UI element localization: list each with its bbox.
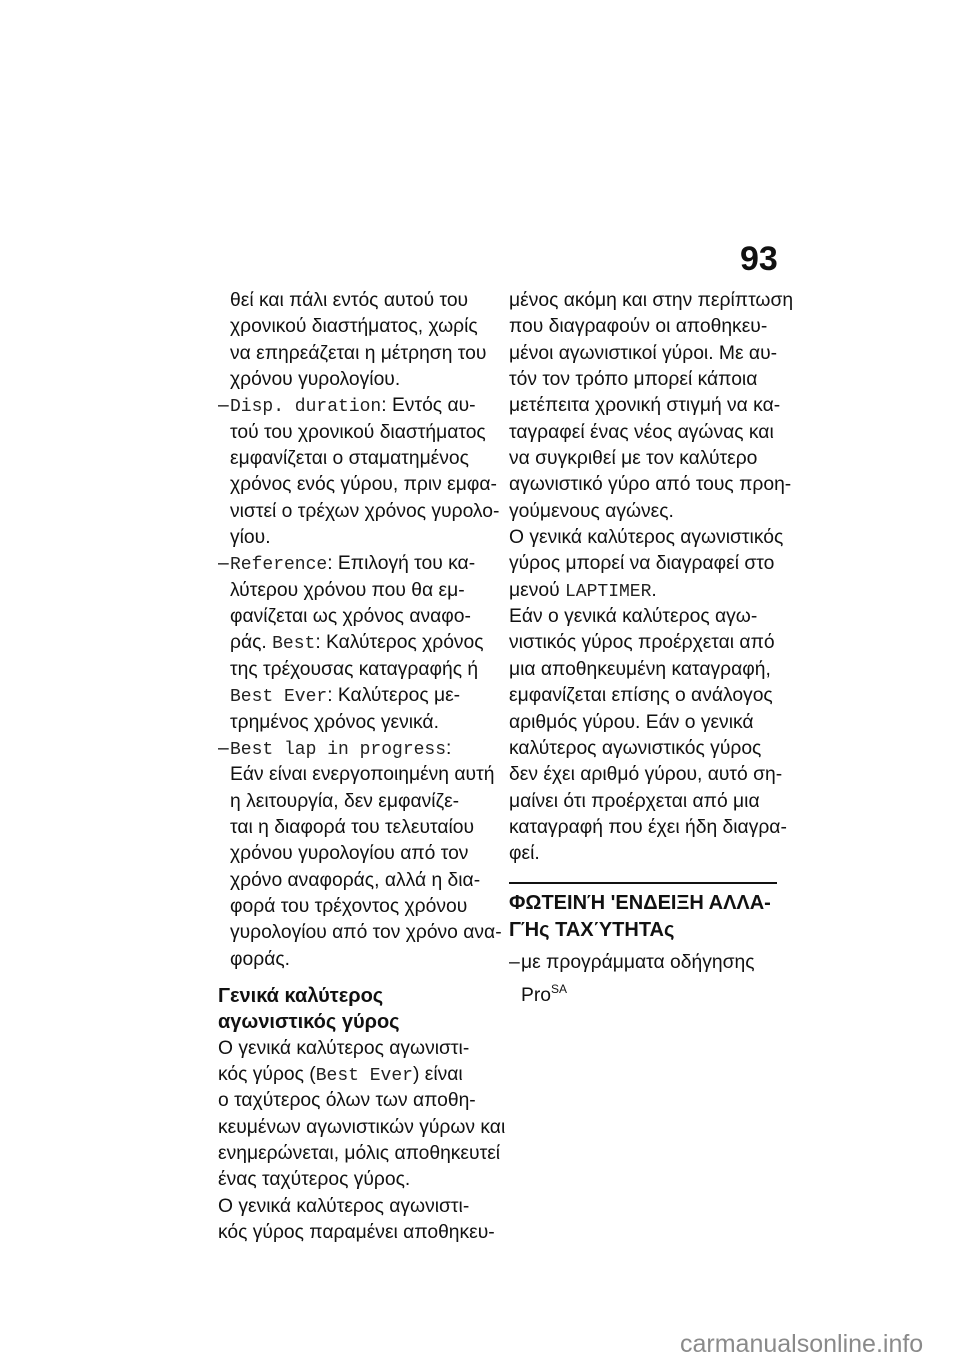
text-line: Ο γενικά καλύτερος αγωνιστι- (218, 1194, 500, 1220)
text-line: μαίνει ότι προέρχεται από μια (509, 789, 791, 815)
text-line: ενημερώνεται, μόλις αποθηκευτεί (218, 1141, 500, 1167)
dash-bullet-icon: – (218, 736, 230, 762)
left-column: θεί και πάλι εντός αυτού του χρονικού δι… (218, 288, 500, 1246)
text-fragment: με προγράμματα οδήγησης (521, 952, 754, 973)
right-column: μένος ακόμη και στην περίπτωση που διαγρ… (509, 288, 791, 1002)
page-number: 93 (740, 240, 778, 279)
text-fragment: Pro (521, 985, 551, 1006)
section-divider (509, 882, 777, 884)
text-line: δεν έχει αριθμό γύρου, αυτό ση- (509, 762, 791, 788)
text-line: καλύτερος αγωνιστικός γύρος (509, 736, 791, 762)
text-line: γύρος μπορεί να διαγραφεί στο (509, 551, 791, 577)
text-line: αριθμός γύρου. Εάν ο γενικά (509, 710, 791, 736)
text-fragment: : Καλύτερος με- (327, 685, 460, 706)
text-fragment: ράς. (230, 632, 272, 653)
text-line: ράς. Best: Καλύτερος χρόνος (218, 630, 500, 656)
list-item-best-lap-in-progress: –Best lap in progress: (218, 736, 500, 762)
watermark: carmanualsonline.info (680, 1330, 923, 1359)
text-line: εμφανίζεται ο σταματημένος (218, 446, 500, 472)
list-item-disp-duration: –Disp. duration: Εντός αυ- (218, 393, 500, 419)
text-fragment: : (446, 738, 451, 759)
text-line: κευμένων αγωνιστικών γύρων και (218, 1115, 500, 1141)
text-line: χρόνο αναφοράς, αλλά η δια- (218, 868, 500, 894)
text-line: τρημένος χρόνος γενικά. (218, 710, 500, 736)
text-line: καταγραφή που έχει ήδη διαγρα- (509, 815, 791, 841)
text-line: χρόνου γυρολογίου από τον (218, 841, 500, 867)
text-line: μένοι αγωνιστικοί γύροι. Με αυ- (509, 341, 791, 367)
text-fragment: : Εντός αυ- (381, 395, 475, 416)
text-fragment: κός γύρος ( (218, 1064, 316, 1085)
term-best-lap-in-progress: Best lap in progress (230, 740, 446, 760)
text-line: λύτερου χρόνου που θα εμ- (218, 578, 500, 604)
text-fragment: : Επιλογή του κα- (327, 553, 475, 574)
term-best-ever: Best Ever (230, 687, 327, 707)
term-reference: Reference (230, 555, 327, 575)
section-title: ΓΉς ΤΑΧΎΤΗΤΑς (509, 917, 791, 944)
text-line: εμφανίζεται επίσης ο ανάλογος (509, 683, 791, 709)
subheading: Γενικά καλύτερος (218, 983, 500, 1009)
text-line: τού του χρονικού διαστήματος (218, 420, 500, 446)
text-line: μετέπειτα χρονική στιγμή να κα- (509, 393, 791, 419)
text-line: Ο γενικά καλύτερος αγωνιστικός (509, 525, 791, 551)
text-line: Εάν ο γενικά καλύτερος αγω- (509, 604, 791, 630)
text-line: της τρέχουσας καταγραφής ή (218, 657, 500, 683)
text-line: κός γύρος (Best Ever) είναι (218, 1062, 500, 1088)
text-fragment: : Καλύτερος χρόνος (315, 632, 483, 653)
text-line: θεί και πάλι εντός αυτού του (218, 288, 500, 314)
dash-bullet-icon: – (509, 950, 521, 976)
term-best: Best (272, 634, 315, 654)
text-line: Εάν είναι ενεργοποιημένη αυτή (218, 762, 500, 788)
text-line: φοράς. (218, 947, 500, 973)
text-line: μια αποθηκευμένη καταγραφή, (509, 657, 791, 683)
text-line: γυρολογίου από τον χρόνο ανα- (218, 920, 500, 946)
text-line: τόν τον τρόπο μπορεί κάποια (509, 367, 791, 393)
subheading: αγωνιστικός γύρος (218, 1009, 500, 1035)
text-line: αγωνιστικό γύρο από τους προη- (509, 472, 791, 498)
text-line: γίου. (218, 525, 500, 551)
text-line: που διαγραφούν οι αποθηκευ- (509, 314, 791, 340)
text-line: Ο γενικά καλύτερος αγωνιστι- (218, 1036, 500, 1062)
text-line: φανίζεται ως χρόνος αναφο- (218, 604, 500, 630)
text-line: η λειτουργία, δεν εμφανίζε- (218, 789, 500, 815)
term-laptimer: LAPTIMER (565, 582, 651, 602)
section-title: ΦΩΤΕΙΝΉ 'ΕΝΔΕΙΞΗ ΑΛΛΑ- (509, 890, 791, 917)
text-line: ται η διαφορά του τελευταίου (218, 815, 500, 841)
dash-bullet-icon: – (218, 393, 230, 419)
term-disp-duration: Disp. duration (230, 397, 381, 417)
text-line: ένας ταχύτερος γύρος. (218, 1167, 500, 1193)
dash-bullet-icon: – (218, 551, 230, 577)
text-line: ταγραφεί ένας νέος αγώνας και (509, 420, 791, 446)
text-line: μένος ακόμη και στην περίπτωση (509, 288, 791, 314)
list-item-drive-modes: –με προγράμματα οδήγησης (509, 950, 791, 976)
text-line: χρονικού διαστήματος, χωρίς (218, 314, 500, 340)
text-line: νιστεί ο τρέχων χρόνος γυρολο- (218, 499, 500, 525)
text-line: φορά του τρέχοντος χρόνου (218, 894, 500, 920)
superscript-sa: SA (551, 982, 567, 996)
text-line: φεί. (509, 841, 791, 867)
text-line: γούμενους αγώνες. (509, 499, 791, 525)
text-line: Best Ever: Καλύτερος με- (218, 683, 500, 709)
text-line: να συγκριθεί με τον καλύτερο (509, 446, 791, 472)
term-best-ever: Best Ever (316, 1066, 413, 1086)
text-line: κός γύρος παραμένει αποθηκευ- (218, 1220, 500, 1246)
text-line: χρόνος ενός γύρου, πριν εμφα- (218, 472, 500, 498)
text-line: χρόνου γυρολογίου. (218, 367, 500, 393)
text-line: ο ταχύτερος όλων των αποθη- (218, 1088, 500, 1114)
text-fragment: . (651, 580, 656, 601)
text-fragment: ) είναι (413, 1064, 463, 1085)
text-line: ProSA (509, 976, 791, 1002)
text-line: να επηρεάζεται η μέτρηση του (218, 341, 500, 367)
text-fragment: μενού (509, 580, 565, 601)
text-line: νιστικός γύρος προέρχεται από (509, 630, 791, 656)
text-line: μενού LAPTIMER. (509, 578, 791, 604)
list-item-reference: –Reference: Επιλογή του κα- (218, 551, 500, 577)
